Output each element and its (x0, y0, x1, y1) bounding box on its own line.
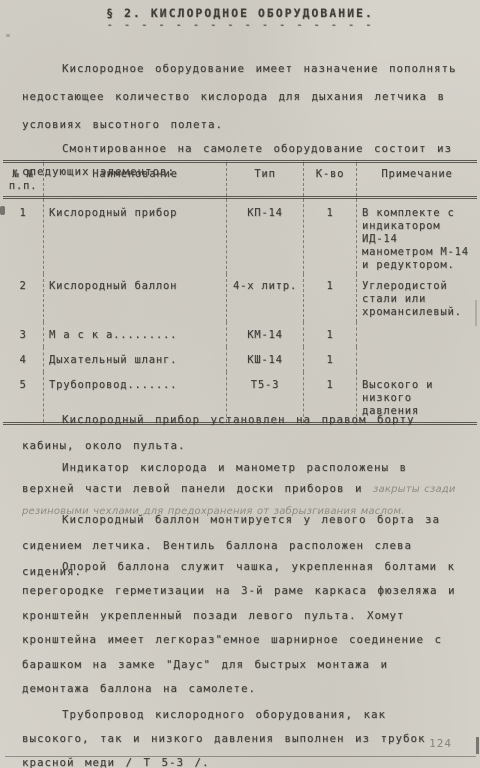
equipment-table: № № п.п. Наименование Тип К-во Примечани… (3, 160, 477, 425)
equipment-table-header: № № п.п. Наименование Тип К-во Примечани… (3, 162, 477, 198)
header-cell-qty: К-во (304, 162, 357, 198)
cell-name: Кислородный баллон (44, 274, 227, 322)
header-num-line2: п.п. (8, 180, 38, 192)
cell-qty: 1 (304, 347, 357, 372)
table-row: 1 Кислородный прибор КП-14 1 В комплекте… (3, 198, 477, 275)
paper-speckle (476, 737, 479, 754)
cell-note: Углеродистой стали или хромансилевый. (357, 274, 478, 322)
body-paragraph-1: Кислородный прибор установлен на правом … (22, 407, 462, 459)
bottom-rule (5, 756, 476, 757)
table-row: 2 Кислородный баллон 4-х литр. 1 Углерод… (3, 274, 477, 322)
cell-num: 3 (3, 322, 44, 347)
body-paragraph-4: Опорой баллона служит чашка, укрепленная… (22, 555, 462, 702)
header-cell-name: Наименование (44, 162, 227, 198)
cell-num: 1 (3, 198, 44, 275)
header-cell-type: Тип (227, 162, 304, 198)
table-row: 3 М а с к а......... КМ-14 1 (3, 322, 477, 347)
cell-num: 2 (3, 274, 44, 322)
cell-qty: 1 (304, 322, 357, 347)
table-row: 4 Дыхательный шланг. КШ-14 1 (3, 347, 477, 372)
cell-qty: 1 (304, 198, 357, 275)
header-cell-note: Примечание (357, 162, 478, 198)
cell-note (357, 322, 478, 347)
cell-name: Дыхательный шланг. (44, 347, 227, 372)
header-num-line1: № № (8, 168, 38, 180)
intro-paragraph-1: Кислородное оборудование имеет назначени… (22, 55, 462, 139)
cell-note (357, 347, 478, 372)
cell-type: КШ-14 (227, 347, 304, 372)
paper-speckle (475, 300, 477, 326)
page-number: 124 (429, 737, 452, 750)
header-cell-num: № № п.п. (3, 162, 44, 198)
body-paragraph-5: Трубопровод кислородного оборудования, к… (22, 703, 462, 768)
cell-type: 4-х литр. (227, 274, 304, 322)
heading-underline-dashes: - - - - - - - - - - - - - - - - (0, 20, 480, 30)
scanned-document-page: § 2. КИСЛОРОДНОЕ ОБОРУДОВАНИЕ. - - - - -… (0, 0, 480, 768)
cell-num: 4 (3, 347, 44, 372)
cell-name: Кислородный прибор (44, 198, 227, 275)
cell-name: М а с к а......... (44, 322, 227, 347)
cell-type: КП-14 (227, 198, 304, 275)
cell-type: КМ-14 (227, 322, 304, 347)
cell-qty: 1 (304, 274, 357, 322)
cell-note: В комплекте с индикатором ИД-14 манометр… (357, 198, 478, 275)
paper-speckle (0, 206, 5, 215)
body-paragraph-2-typed: Индикатор кислорода и манометр расположе… (22, 461, 407, 495)
section-heading-block: § 2. КИСЛОРОДНОЕ ОБОРУДОВАНИЕ. - - - - -… (0, 6, 480, 30)
paper-speckle (6, 34, 10, 37)
